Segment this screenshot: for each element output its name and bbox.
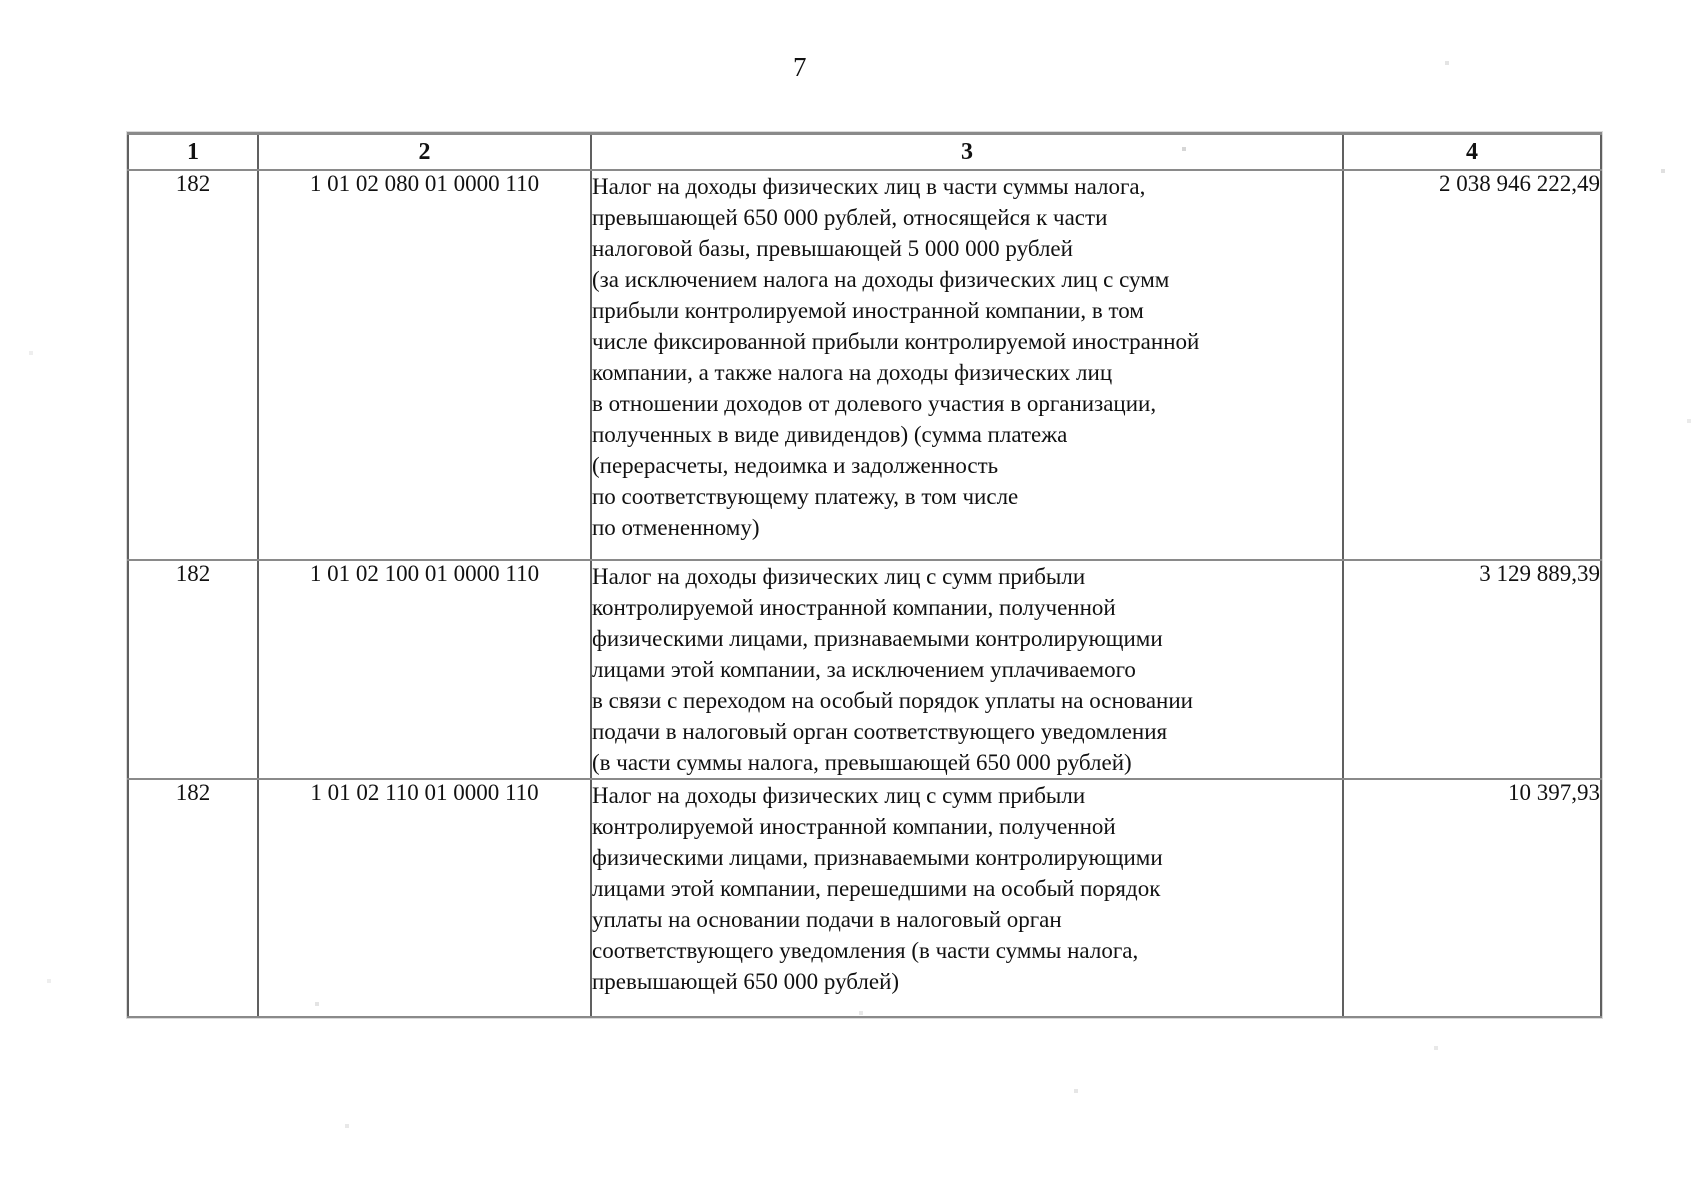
header-col-3: 3 <box>591 134 1343 171</box>
table-row: 182 1 01 02 100 01 0000 110 Налог на дох… <box>128 560 1601 779</box>
page-number: 7 <box>0 52 1600 83</box>
cell-amount: 10 397,93 <box>1343 779 1601 1017</box>
cell-kbk: 1 01 02 110 01 0000 110 <box>258 779 591 1017</box>
header-col-1: 1 <box>128 134 258 171</box>
header-col-4: 4 <box>1343 134 1601 171</box>
cell-admin-code: 182 <box>128 560 258 779</box>
cell-description: Налог на доходы физических лиц в части с… <box>591 170 1343 560</box>
cell-kbk: 1 01 02 080 01 0000 110 <box>258 170 591 560</box>
cell-description: Налог на доходы физических лиц с сумм пр… <box>591 560 1343 779</box>
scan-noise <box>0 0 2 2</box>
table-row: 182 1 01 02 110 01 0000 110 Налог на дох… <box>128 779 1601 1017</box>
cell-admin-code: 182 <box>128 170 258 560</box>
budget-classification-table: 1 2 3 4 182 1 01 02 080 01 0000 110 Нало… <box>127 132 1602 1018</box>
table-header-row: 1 2 3 4 <box>128 134 1601 171</box>
cell-kbk: 1 01 02 100 01 0000 110 <box>258 560 591 779</box>
header-col-2: 2 <box>258 134 591 171</box>
table-row: 182 1 01 02 080 01 0000 110 Налог на дох… <box>128 170 1601 560</box>
cell-description: Налог на доходы физических лиц с сумм пр… <box>591 779 1343 1017</box>
cell-amount: 3 129 889,39 <box>1343 560 1601 779</box>
cell-amount: 2 038 946 222,49 <box>1343 170 1601 560</box>
cell-admin-code: 182 <box>128 779 258 1017</box>
